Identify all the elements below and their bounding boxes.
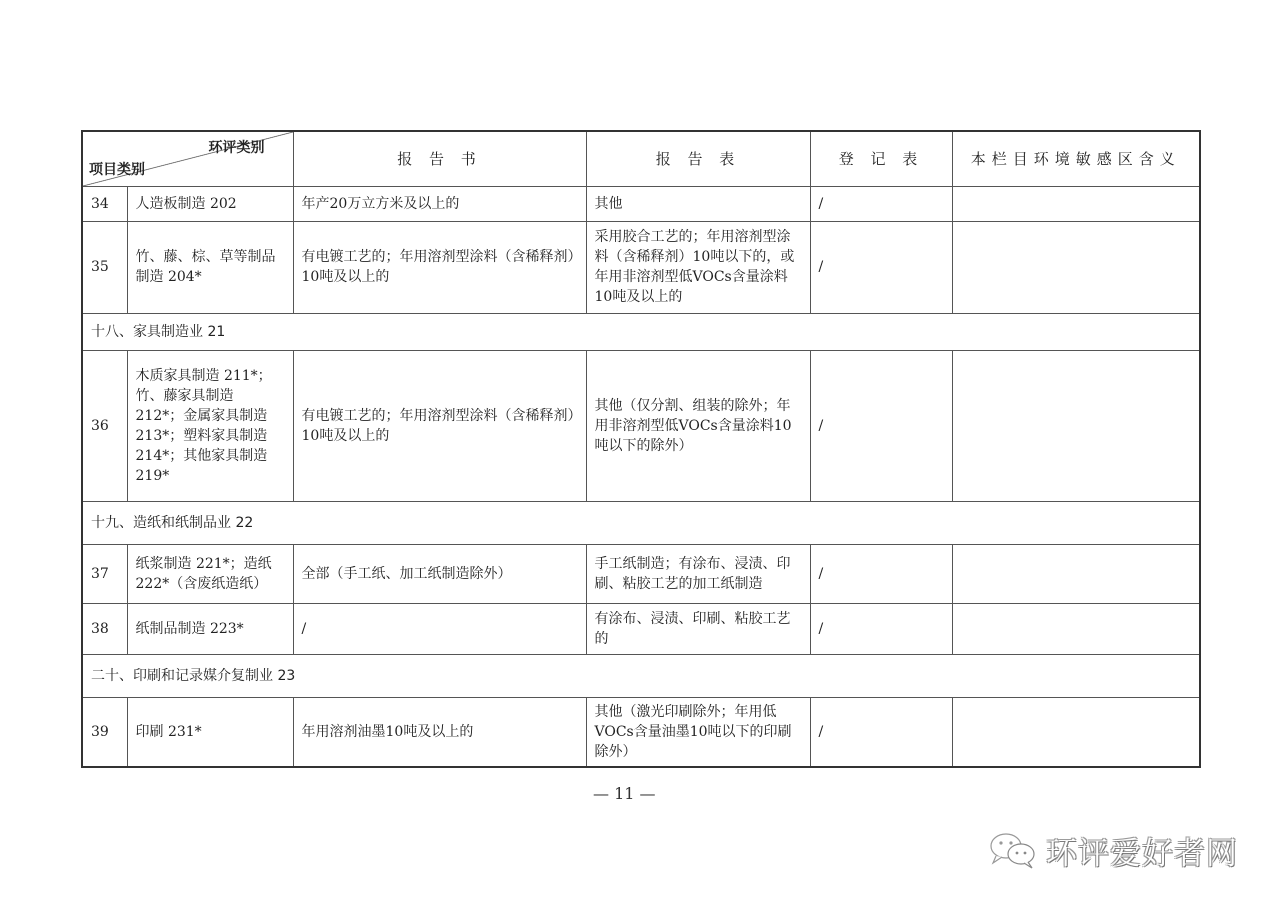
registration-cell: /: [810, 221, 952, 313]
row-number: 36: [82, 350, 127, 501]
row-number: 38: [82, 603, 127, 654]
project-category: 木质家具制造 211*；竹、藤家具制造 212*；金属家具制造 213*；塑料家…: [127, 350, 293, 501]
report-form-cell: 其他: [586, 186, 810, 221]
section-heading-printing: 二十、印刷和记录媒介复制业 23: [82, 654, 1200, 697]
row-number: 35: [82, 221, 127, 313]
section-row: 十八、家具制造业 21: [82, 313, 1200, 350]
report-form-cell: 手工纸制造；有涂布、浸渍、印刷、粘胶工艺的加工纸制造: [586, 544, 810, 603]
row-number: 37: [82, 544, 127, 603]
page-number: — 11 —: [593, 784, 656, 803]
sensitive-area-cell: [952, 603, 1200, 654]
watermark: 环评爱好者网: [988, 828, 1238, 873]
sensitive-area-cell: [952, 697, 1200, 767]
project-category-label: 项目类别: [89, 160, 145, 180]
report-book-cell: 年产20万立方米及以上的: [293, 186, 586, 221]
report-book-cell: 年用溶剂油墨10吨及以上的: [293, 697, 586, 767]
table-row: 39 印刷 231* 年用溶剂油墨10吨及以上的 其他（激光印刷除外；年用低VO…: [82, 697, 1200, 767]
sensitive-area-header: 本栏目环境敏感区含义: [952, 131, 1200, 186]
table-row: 35 竹、藤、棕、草等制品制造 204* 有电镀工艺的；年用溶剂型涂料（含稀释剂…: [82, 221, 1200, 313]
report-form-cell: 有涂布、浸渍、印刷、粘胶工艺的: [586, 603, 810, 654]
report-form-cell: 其他（仅分割、组装的除外；年用非溶剂型低VOCs含量涂料10吨以下的除外）: [586, 350, 810, 501]
eia-classification-table: 环评类别 项目类别 报 告 书 报 告 表 登 记 表 本栏目环境敏感区含义 3…: [81, 130, 1201, 768]
registration-cell: /: [810, 544, 952, 603]
section-row: 二十、印刷和记录媒介复制业 23: [82, 654, 1200, 697]
registration-form-header: 登 记 表: [810, 131, 952, 186]
report-book-cell: 全部（手工纸、加工纸制造除外）: [293, 544, 586, 603]
table-row: 38 纸制品制造 223* / 有涂布、浸渍、印刷、粘胶工艺的 /: [82, 603, 1200, 654]
report-book-header: 报 告 书: [293, 131, 586, 186]
row-number: 39: [82, 697, 127, 767]
project-category: 纸浆制造 221*；造纸 222*（含废纸造纸）: [127, 544, 293, 603]
project-category: 竹、藤、棕、草等制品制造 204*: [127, 221, 293, 313]
row-number: 34: [82, 186, 127, 221]
report-book-cell: /: [293, 603, 586, 654]
section-heading-furniture: 十八、家具制造业 21: [82, 313, 1200, 350]
sensitive-area-cell: [952, 186, 1200, 221]
sensitive-area-cell: [952, 544, 1200, 603]
table-row: 36 木质家具制造 211*；竹、藤家具制造 212*；金属家具制造 213*；…: [82, 350, 1200, 501]
registration-cell: /: [810, 697, 952, 767]
section-row: 十九、造纸和纸制品业 22: [82, 501, 1200, 544]
section-heading-paper: 十九、造纸和纸制品业 22: [82, 501, 1200, 544]
project-category: 印刷 231*: [127, 697, 293, 767]
table-row: 37 纸浆制造 221*；造纸 222*（含废纸造纸） 全部（手工纸、加工纸制造…: [82, 544, 1200, 603]
table-header-row: 环评类别 项目类别 报 告 书 报 告 表 登 记 表 本栏目环境敏感区含义: [82, 131, 1200, 186]
project-category: 人造板制造 202: [127, 186, 293, 221]
sensitive-area-cell: [952, 350, 1200, 501]
report-form-cell: 其他（激光印刷除外；年用低VOCs含量油墨10吨以下的印刷除外）: [586, 697, 810, 767]
wechat-icon: [988, 831, 1040, 871]
project-category: 纸制品制造 223*: [127, 603, 293, 654]
report-book-cell: 有电镀工艺的；年用溶剂型涂料（含稀释剂）10吨及以上的: [293, 221, 586, 313]
watermark-text: 环评爱好者网: [1046, 828, 1238, 873]
eia-category-label: 环评类别: [209, 138, 265, 158]
registration-cell: /: [810, 603, 952, 654]
report-book-cell: 有电镀工艺的；年用溶剂型涂料（含稀释剂）10吨及以上的: [293, 350, 586, 501]
report-form-cell: 采用胶合工艺的；年用溶剂型涂料（含稀释剂）10吨以下的，或年用非溶剂型低VOCs…: [586, 221, 810, 313]
registration-cell: /: [810, 186, 952, 221]
registration-cell: /: [810, 350, 952, 501]
table-row: 34 人造板制造 202 年产20万立方米及以上的 其他 /: [82, 186, 1200, 221]
report-form-header: 报 告 表: [586, 131, 810, 186]
diagonal-header-cell: 环评类别 项目类别: [82, 131, 293, 186]
document-page: 环评类别 项目类别 报 告 书 报 告 表 登 记 表 本栏目环境敏感区含义 3…: [0, 0, 1280, 905]
sensitive-area-cell: [952, 221, 1200, 313]
